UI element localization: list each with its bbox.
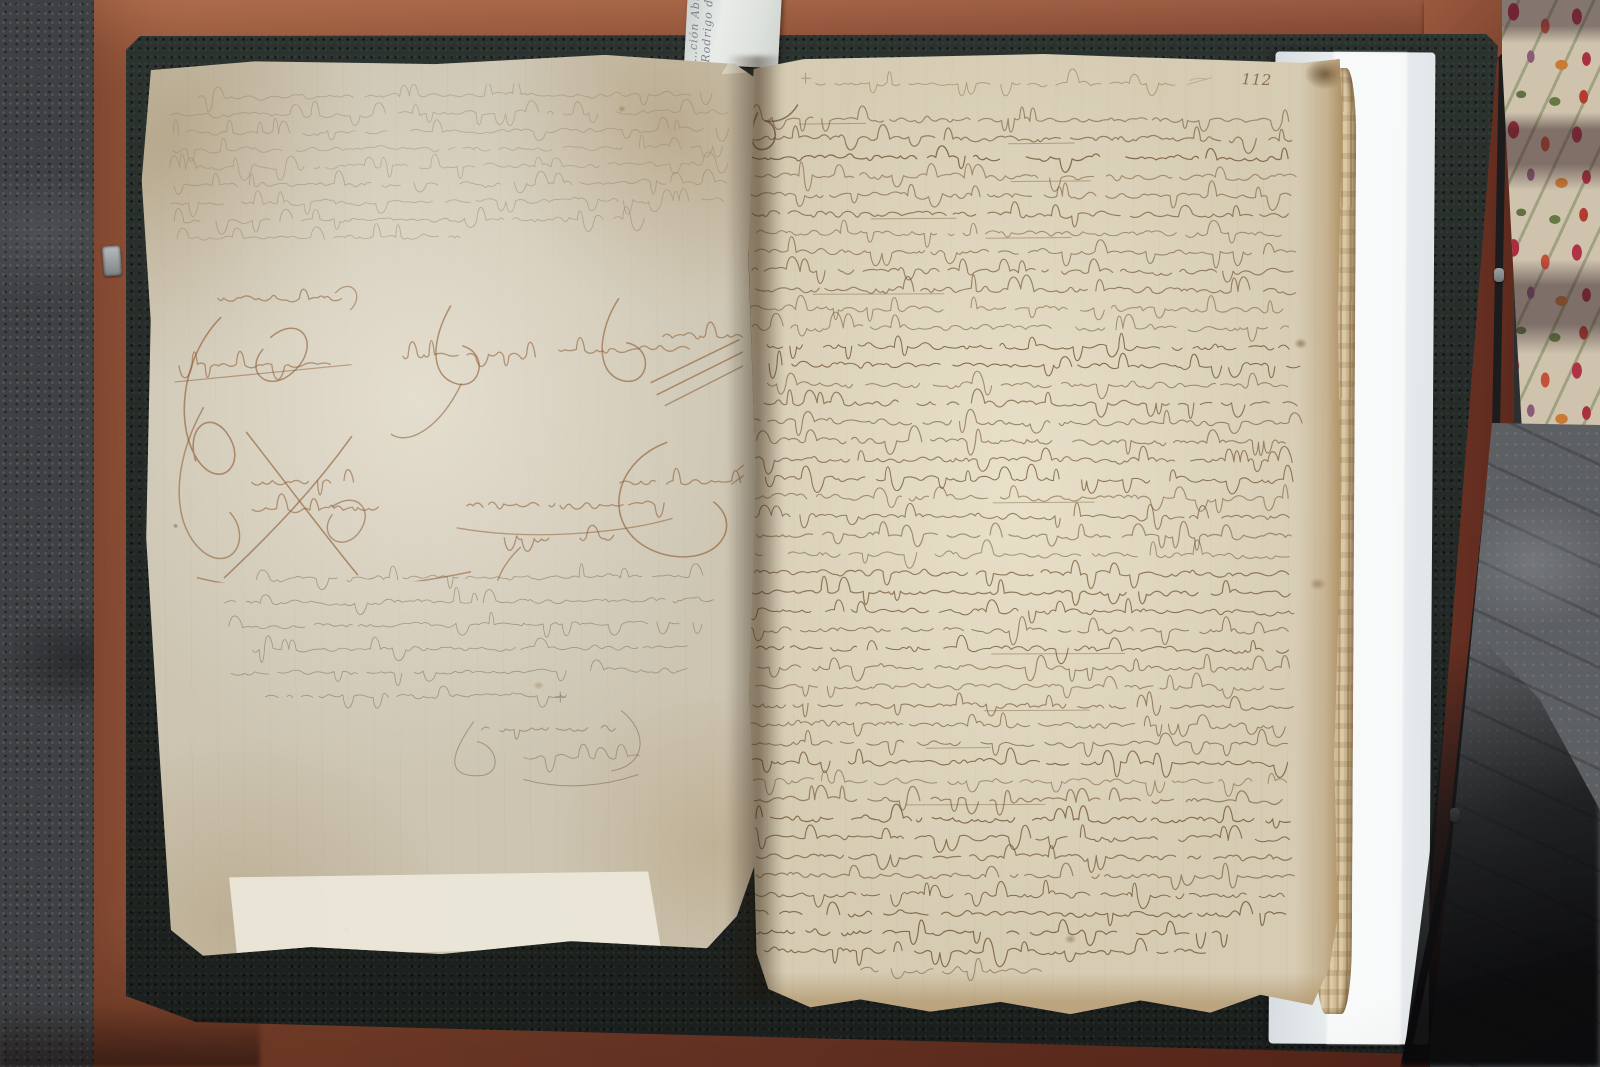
book-gutter-shadow (726, 56, 784, 1000)
siguenza-archivist-note (222, 560, 744, 794)
left-page-manuscript (135, 54, 765, 958)
folio-number: 112 (1241, 70, 1272, 89)
photo-open-manuscript-book: …ción Abu… Rodrigo d… 112 (0, 0, 1600, 1067)
metal-clasp-left (102, 245, 122, 276)
slip-line-2: Rodrigo d… (699, 0, 716, 63)
right-page-manuscript: 112 (740, 53, 1343, 1017)
floral-fabric (1502, 0, 1600, 432)
signatures-rubrics-block (150, 274, 744, 583)
table-edge-shadow (0, 1006, 260, 1067)
right-page-handwriting (740, 53, 1343, 1017)
faded-text-block (165, 82, 736, 266)
clasp-stud-right-top (1494, 268, 1504, 282)
slip-handwritten-text: …ción Abu… Rodrigo d… (686, 0, 703, 62)
